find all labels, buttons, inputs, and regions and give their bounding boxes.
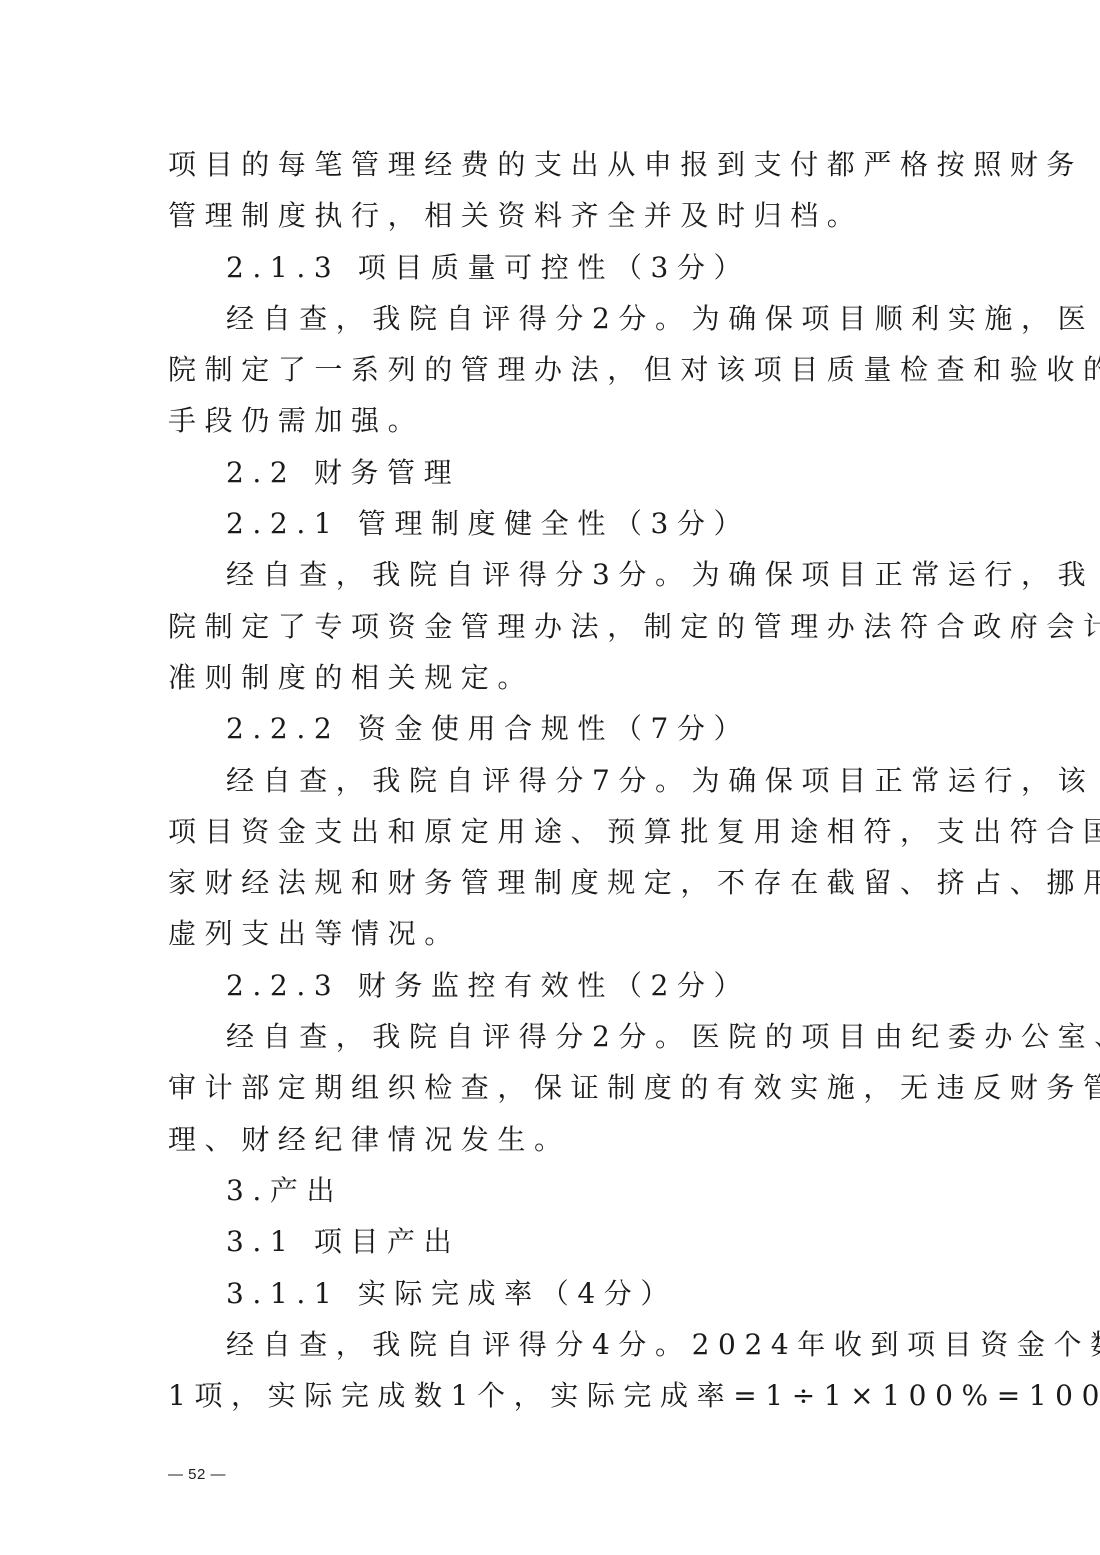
paragraph-line: 院制定了一系列的管理办法，但对该项目质量检查和验收的 [168,344,940,395]
paragraph-line: 院制定了专项资金管理办法，制定的管理办法符合政府会计 [168,601,940,652]
section-heading-3: 3.产出 [168,1165,940,1216]
paragraph-line: 虚列支出等情况。 [168,908,940,959]
document-page: 项目的每笔管理经费的支出从申报到支付都严格按照财务 管理制度执行，相关资料齐全并… [0,0,1100,1555]
section-heading-2-2-1: 2.2.1 管理制度健全性（3分） [168,498,940,549]
paragraph-line: 经自查，我院自评得分2分。医院的项目由纪委办公室、 [168,1011,940,1062]
paragraph-line: 经自查，我院自评得分4分。2024年收到项目资金个数 [168,1319,940,1370]
paragraph-line: 1项，实际完成数1个，实际完成率=1÷1×100%=100%，按 [168,1370,940,1421]
section-heading-2-2: 2.2 财务管理 [168,447,940,498]
paragraph-line: 项目的每笔管理经费的支出从申报到支付都严格按照财务 [168,139,940,190]
section-heading-2-1-3: 2.1.3 项目质量可控性（3分） [168,242,940,293]
section-heading-3-1-1: 3.1.1 实际完成率（4分） [168,1268,940,1319]
paragraph-line: 经自查，我院自评得分3分。为确保项目正常运行，我 [168,549,940,600]
page-number: — 52 — [168,1466,226,1483]
paragraph-line: 经自查，我院自评得分7分。为确保项目正常运行，该 [168,755,940,806]
paragraph-line: 项目资金支出和原定用途、预算批复用途相符，支出符合国 [168,806,940,857]
section-heading-2-2-2: 2.2.2 资金使用合规性（7分） [168,703,940,754]
paragraph-line: 手段仍需加强。 [168,395,940,446]
paragraph-line: 审计部定期组织检查，保证制度的有效实施，无违反财务管 [168,1062,940,1113]
paragraph-line: 管理制度执行，相关资料齐全并及时归档。 [168,190,940,241]
paragraph-line: 家财经法规和财务管理制度规定，不存在截留、挤占、挪用、 [168,857,940,908]
paragraph-line: 理、财经纪律情况发生。 [168,1114,940,1165]
body-text: 项目的每笔管理经费的支出从申报到支付都严格按照财务 管理制度执行，相关资料齐全并… [168,139,940,1421]
paragraph-line: 经自查，我院自评得分2分。为确保项目顺利实施，医 [168,293,940,344]
paragraph-line: 准则制度的相关规定。 [168,652,940,703]
section-heading-3-1: 3.1 项目产出 [168,1216,940,1267]
section-heading-2-2-3: 2.2.3 财务监控有效性（2分） [168,960,940,1011]
